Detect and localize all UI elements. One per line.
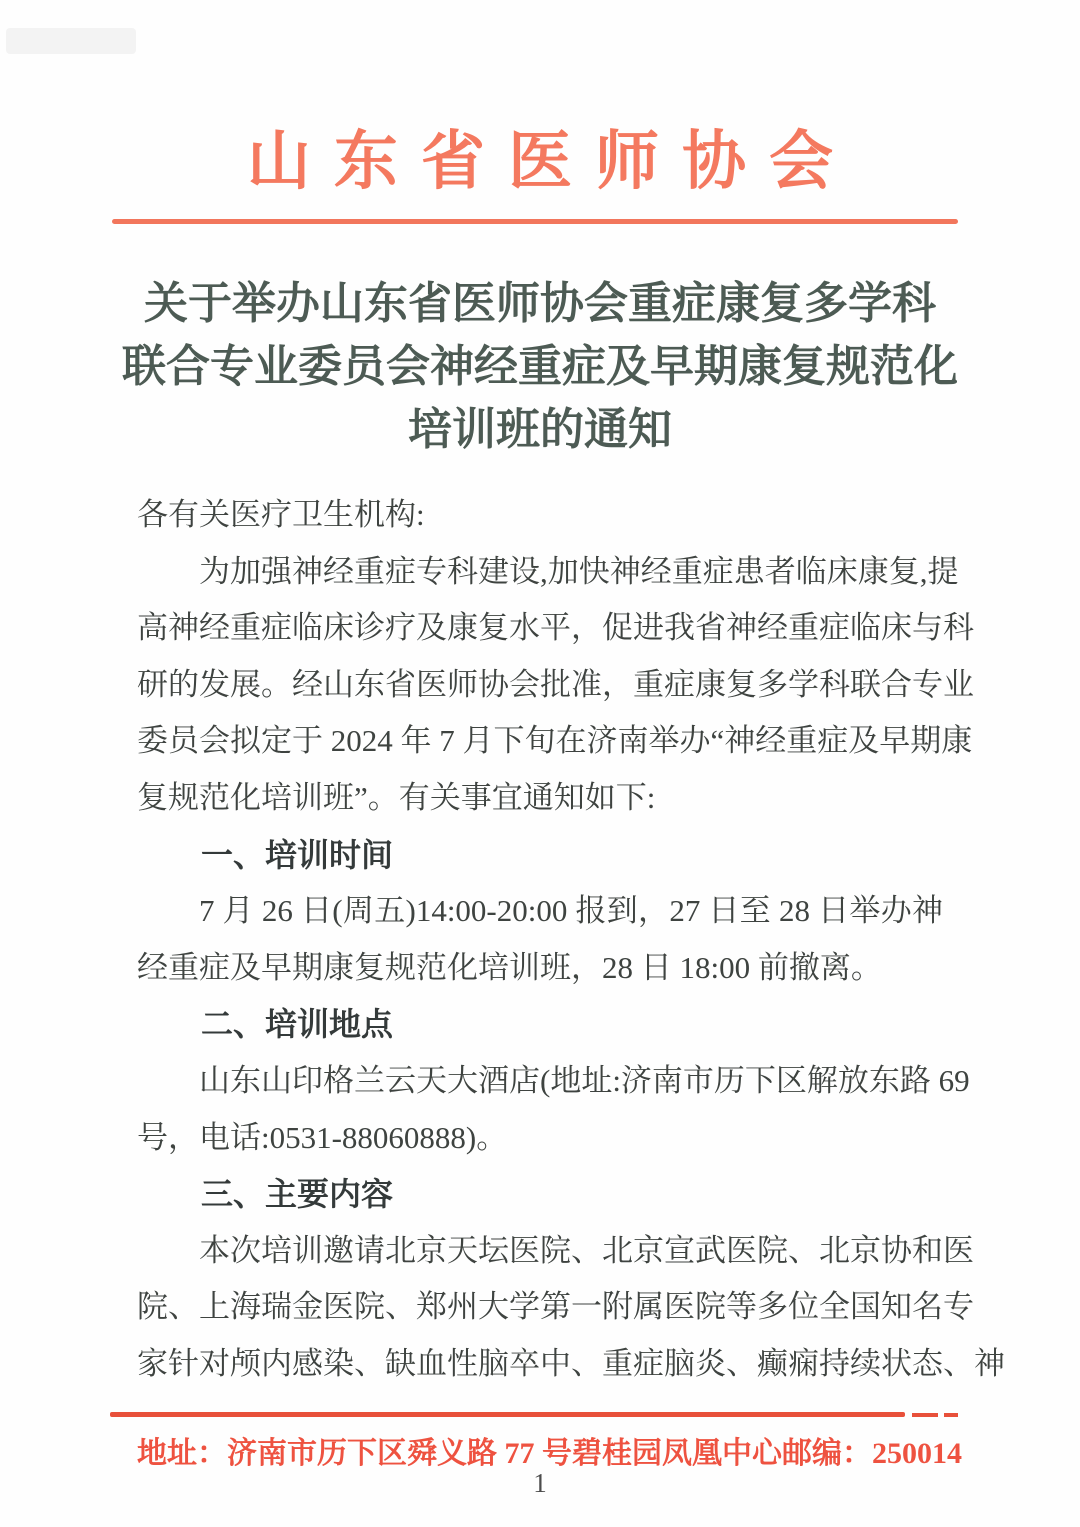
section-heading-3: 三、主要内容 [137, 1166, 943, 1223]
body-line: 委员会拟定于 2024 年 7 月下旬在济南举办“神经重症及早期康 [137, 713, 943, 770]
scan-artifact-noise-band [0, 1519, 1080, 1527]
body-line: 山东山印格兰云天大酒店(地址:济南市历下区解放东路 69 [137, 1053, 943, 1110]
body-line: 院、上海瑞金医院、郑州大学第一附属医院等多位全国知名专 [137, 1279, 943, 1336]
section-heading-1: 一、培训时间 [137, 827, 943, 884]
document-title-line: 培训班的通知 [120, 398, 960, 461]
scan-artifact-smudge [6, 28, 136, 54]
footer: 地址：济南市历下区舜义路 77 号碧桂园凤凰中心 邮编：250014 [137, 1428, 958, 1472]
footer-postcode: 邮编：250014 [782, 1428, 962, 1472]
body-line: 为加强神经重症专科建设,加快神经重症患者临床康复,提 [137, 544, 943, 601]
document-title-line: 关于举办山东省医师协会重症康复多学科 [120, 272, 960, 335]
header-divider-line [112, 219, 958, 224]
body-line: 经重症及早期康复规范化培训班，28 日 18:00 前撤离。 [137, 940, 943, 997]
body-line: 家针对颅内感染、缺血性脑卒中、重症脑炎、癫痫持续状态、神 [137, 1336, 943, 1393]
footer-address: 地址：济南市历下区舜义路 77 号碧桂园凤凰中心 [137, 1428, 782, 1472]
body-line: 7 月 26 日(周五)14:00-20:00 报到，27 日至 28 日举办神 [137, 883, 943, 940]
document-body: 各有关医疗卫生机构: 为加强神经重症专科建设,加快神经重症患者临床康复,提 高神… [137, 487, 943, 1393]
body-line: 研的发展。经山东省医师协会批准，重症康复多学科联合专业 [137, 657, 943, 714]
page-number: 1 [120, 1468, 960, 1499]
body-line: 号，电话:0531-88060888)。 [137, 1110, 943, 1167]
org-title: 山东省医师协会 [0, 110, 1080, 202]
document-page: 山东省医师协会 关于举办山东省医师协会重症康复多学科 联合专业委员会神经重症及早… [0, 0, 1080, 1527]
document-title: 关于举办山东省医师协会重症康复多学科 联合专业委员会神经重症及早期康复规范化 培… [120, 272, 960, 461]
body-line: 高神经重症临床诊疗及康复水平，促进我省神经重症临床与科 [137, 600, 943, 657]
footer-divider-line [110, 1412, 905, 1417]
body-line: 复规范化培训班”。有关事宜通知如下: [137, 770, 943, 827]
footer-divider-dash [944, 1413, 958, 1417]
section-heading-2: 二、培训地点 [137, 996, 943, 1053]
footer-divider-dash [912, 1413, 938, 1417]
document-title-line: 联合专业委员会神经重症及早期康复规范化 [120, 335, 960, 398]
salutation-line: 各有关医疗卫生机构: [137, 487, 943, 544]
body-line: 本次培训邀请北京天坛医院、北京宣武医院、北京协和医 [137, 1223, 943, 1280]
